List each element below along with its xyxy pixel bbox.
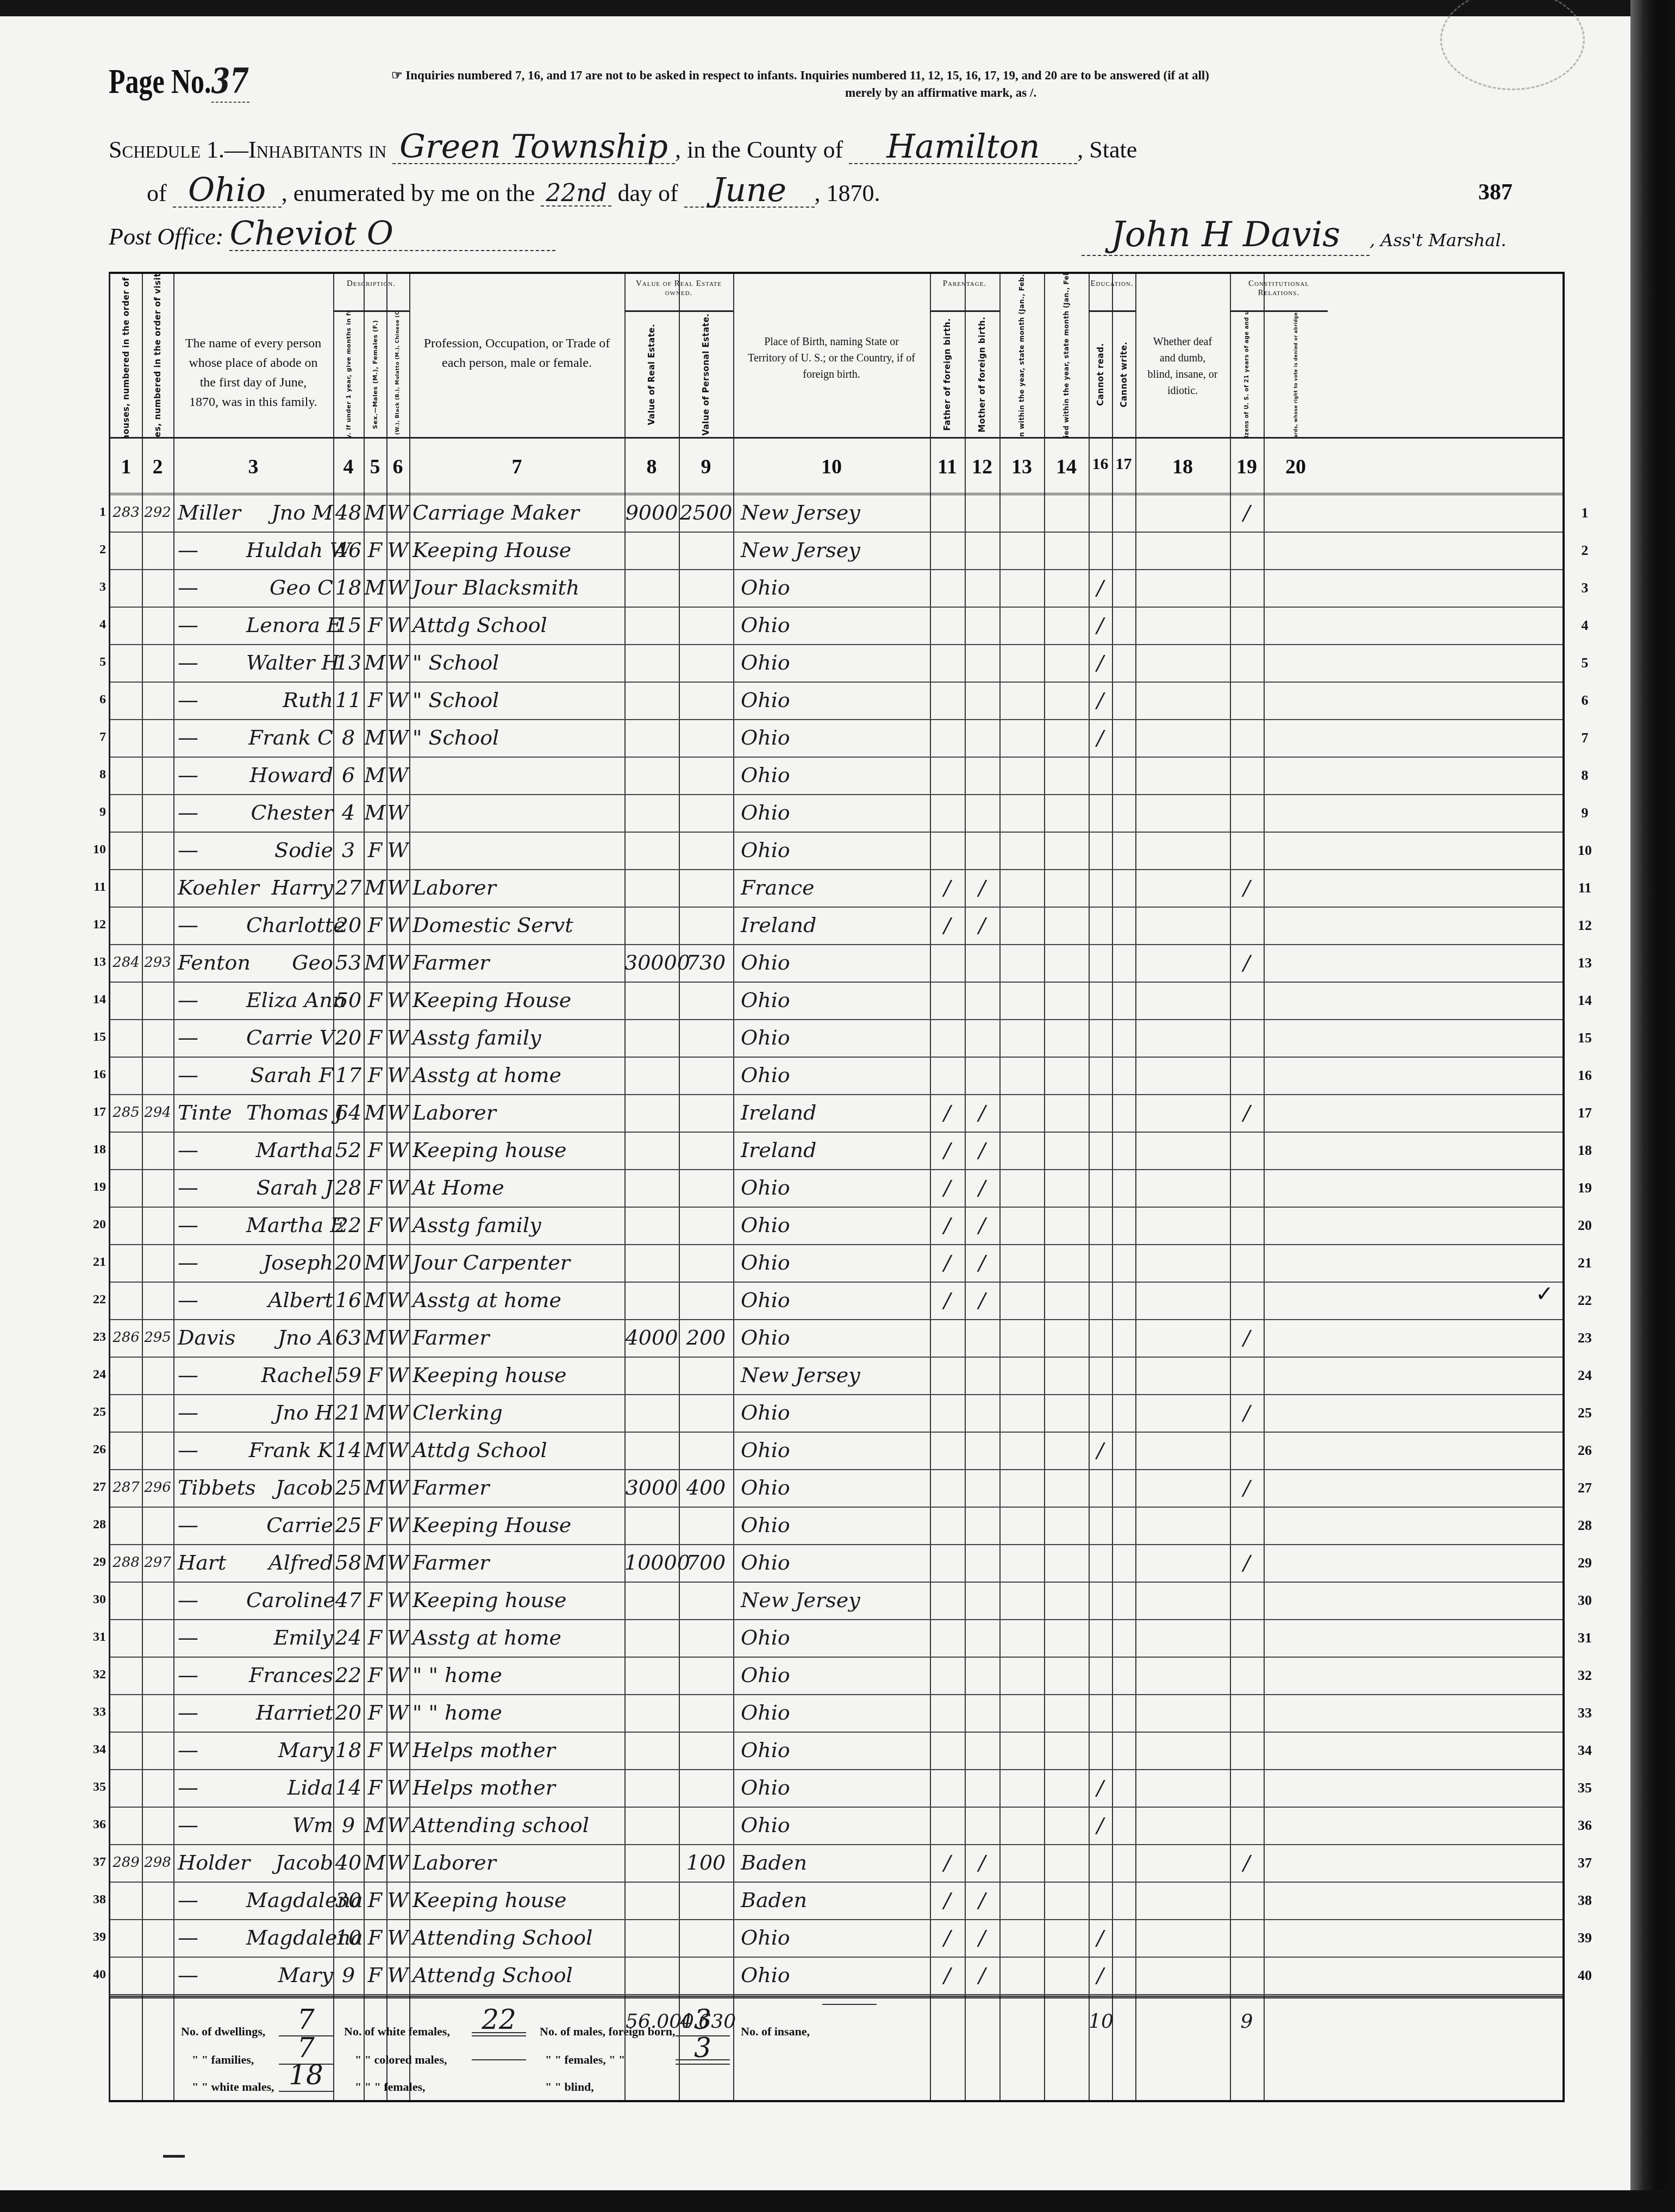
sex: F bbox=[364, 1169, 386, 1207]
dwelling-number: 285 bbox=[110, 1094, 142, 1132]
birthplace: Ohio bbox=[741, 607, 930, 644]
dwelling-number: 289 bbox=[110, 1844, 142, 1882]
father-foreign-mark bbox=[930, 1319, 965, 1357]
table-row: 3232—Frances22FW" " homeOhio bbox=[110, 1657, 1562, 1695]
given-name: Jno A bbox=[246, 1319, 333, 1357]
personal-estate-value bbox=[679, 1282, 733, 1319]
citizen-mark: / bbox=[1230, 869, 1264, 907]
row-number-left: 34 bbox=[84, 1742, 106, 1757]
row-number-right: 24 bbox=[1571, 1367, 1598, 1384]
table-row: 22—Huldah W46FWKeeping HouseNew Jersey bbox=[110, 532, 1562, 570]
occupation bbox=[412, 757, 624, 794]
mother-foreign-mark bbox=[965, 607, 999, 644]
citizen-mark bbox=[1230, 607, 1264, 644]
column-number-row: 1 2 3 4 5 6 7 8 9 10 11 12 13 14 16 17 1… bbox=[110, 437, 1562, 495]
citizen-mark bbox=[1230, 1807, 1264, 1844]
dwelling-number bbox=[110, 532, 142, 569]
post-office-line: Post Office: Cheviot O bbox=[109, 217, 555, 251]
given-name: Jno H bbox=[246, 1394, 333, 1432]
sex: F bbox=[364, 832, 386, 869]
citizen-mark bbox=[1230, 982, 1264, 1019]
table-row: 3737289298HolderJacob40MWLaborer100Baden… bbox=[110, 1844, 1562, 1883]
given-name: Joseph bbox=[246, 1244, 333, 1282]
mother-foreign-mark bbox=[965, 569, 999, 607]
given-name: Carrie V bbox=[246, 1019, 333, 1057]
citizen-mark bbox=[1230, 1207, 1264, 1244]
school-mark bbox=[1089, 1094, 1112, 1132]
table-row: 3939—Magdalena10FWAttending SchoolOhio//… bbox=[110, 1919, 1562, 1958]
sex: F bbox=[364, 682, 386, 719]
color: W bbox=[386, 719, 409, 757]
dwelling-number bbox=[110, 794, 142, 832]
sex: F bbox=[364, 1357, 386, 1394]
age: 46 bbox=[333, 532, 364, 569]
year-label: , 1870. bbox=[815, 180, 880, 207]
dwelling-number bbox=[110, 982, 142, 1019]
row-23-check-mark: ✓ bbox=[1535, 1282, 1554, 1307]
family-number bbox=[142, 682, 173, 719]
table-row: 1515—Carrie V20FWAsstg familyOhio bbox=[110, 1019, 1562, 1058]
occupation: Asstg family bbox=[412, 1207, 624, 1244]
row-number-left: 19 bbox=[84, 1180, 106, 1195]
birthplace: Ohio bbox=[741, 719, 930, 757]
family-number bbox=[142, 569, 173, 607]
blind-label: " " blind, bbox=[545, 2080, 594, 2094]
citizen-mark: / bbox=[1230, 494, 1264, 532]
row-number-right: 23 bbox=[1571, 1330, 1598, 1346]
color: W bbox=[386, 944, 409, 982]
citizen-mark bbox=[1230, 1657, 1264, 1694]
school-mark bbox=[1089, 1582, 1112, 1619]
citizen-mark bbox=[1230, 719, 1264, 757]
age: 6 bbox=[333, 757, 364, 794]
father-foreign-mark: / bbox=[930, 1919, 965, 1957]
age: 53 bbox=[333, 944, 364, 982]
father-foreign-mark bbox=[930, 757, 965, 794]
color: W bbox=[386, 1469, 409, 1507]
birthplace: Ohio bbox=[741, 1319, 930, 1357]
school-mark bbox=[1089, 1882, 1112, 1919]
row-number-left: 26 bbox=[84, 1442, 106, 1457]
row-number-left: 20 bbox=[84, 1217, 106, 1232]
marshal-label: , Ass't Marshal. bbox=[1370, 230, 1507, 251]
birthplace: New Jersey bbox=[741, 532, 930, 569]
header-col-17: Cannot write. bbox=[1112, 312, 1135, 437]
given-name: Lenora E bbox=[246, 607, 333, 644]
color: W bbox=[386, 1094, 409, 1132]
age: 40 bbox=[333, 1844, 364, 1882]
township-field: Green Township bbox=[392, 130, 675, 164]
birthplace: Ohio bbox=[741, 1394, 930, 1432]
given-name: Carrie bbox=[246, 1507, 333, 1544]
personal-estate-value bbox=[679, 719, 733, 757]
age: 59 bbox=[333, 1357, 364, 1394]
county-label: , in the County of bbox=[675, 136, 843, 163]
mother-foreign-mark bbox=[965, 1357, 999, 1394]
given-name: Geo C bbox=[246, 569, 333, 607]
row-number-left: 17 bbox=[84, 1105, 106, 1120]
foreign-females-label: " " females, " " bbox=[545, 2053, 625, 2067]
citizen-mark bbox=[1230, 1282, 1264, 1319]
color: W bbox=[386, 1169, 409, 1207]
family-number: 292 bbox=[142, 494, 173, 532]
personal-estate-value bbox=[679, 907, 733, 944]
real-estate-value bbox=[624, 607, 679, 644]
personal-estate-value bbox=[679, 1507, 733, 1544]
dwelling-number bbox=[110, 682, 142, 719]
mother-foreign-mark bbox=[965, 832, 999, 869]
father-foreign-mark bbox=[930, 1732, 965, 1769]
real-estate-value bbox=[624, 644, 679, 682]
row-number-right: 19 bbox=[1571, 1180, 1598, 1196]
occupation: Attending school bbox=[412, 1807, 624, 1844]
post-office-label: Post Office: bbox=[109, 223, 223, 250]
family-number bbox=[142, 644, 173, 682]
month-field: June bbox=[684, 174, 815, 208]
school-mark bbox=[1089, 907, 1112, 944]
real-estate-value bbox=[624, 1019, 679, 1057]
dwelling-number bbox=[110, 1057, 142, 1094]
citizen-mark bbox=[1230, 1357, 1264, 1394]
age: 24 bbox=[333, 1619, 364, 1657]
occupation: Keeping house bbox=[412, 1132, 624, 1169]
color: W bbox=[386, 1207, 409, 1244]
age: 20 bbox=[333, 907, 364, 944]
personal-estate-value bbox=[679, 1582, 733, 1619]
school-mark: / bbox=[1089, 644, 1112, 682]
sex: M bbox=[364, 494, 386, 532]
father-foreign-mark bbox=[930, 1357, 965, 1394]
birthplace: Ireland bbox=[741, 907, 930, 944]
mother-foreign-mark: / bbox=[965, 1844, 999, 1882]
mother-foreign-mark: / bbox=[965, 869, 999, 907]
school-mark: / bbox=[1089, 569, 1112, 607]
family-number bbox=[142, 1619, 173, 1657]
birthplace: Ohio bbox=[741, 832, 930, 869]
mother-foreign-mark bbox=[965, 1319, 999, 1357]
father-foreign-mark: / bbox=[930, 1094, 965, 1132]
table-row: 77—Frank C8MW" SchoolOhio/ bbox=[110, 719, 1562, 758]
school-mark bbox=[1089, 532, 1112, 569]
occupation: " School bbox=[412, 682, 624, 719]
school-mark bbox=[1089, 1657, 1112, 1694]
family-number bbox=[142, 1807, 173, 1844]
personal-estate-value: 700 bbox=[679, 1544, 733, 1582]
personal-estate-value bbox=[679, 1619, 733, 1657]
father-foreign-mark: / bbox=[930, 1132, 965, 1169]
colored-males-label: " " colored males, bbox=[355, 2053, 447, 2067]
dwelling-number bbox=[110, 1207, 142, 1244]
occupation bbox=[412, 794, 624, 832]
citizen-mark bbox=[1230, 757, 1264, 794]
header-col-4: Age at last birth-day. If under 1 year, … bbox=[333, 312, 364, 437]
school-mark bbox=[1089, 1019, 1112, 1057]
row-number-right: 2 bbox=[1571, 542, 1598, 559]
school-mark bbox=[1089, 1282, 1112, 1319]
family-number bbox=[142, 1657, 173, 1694]
dwelling-number bbox=[110, 1619, 142, 1657]
age: 47 bbox=[333, 1582, 364, 1619]
mother-foreign-mark: / bbox=[965, 1207, 999, 1244]
row-number-left: 10 bbox=[84, 842, 106, 857]
birthplace: Ireland bbox=[741, 1094, 930, 1132]
personal-estate-value bbox=[679, 682, 733, 719]
real-estate-value bbox=[624, 1507, 679, 1544]
father-foreign-mark bbox=[930, 1657, 965, 1694]
sex: M bbox=[364, 1544, 386, 1582]
table-row: 1919—Sarah J28FWAt HomeOhio// bbox=[110, 1169, 1562, 1208]
school-mark: / bbox=[1089, 1919, 1112, 1957]
occupation: Jour Blacksmith bbox=[412, 569, 624, 607]
personal-estate-value bbox=[679, 1094, 733, 1132]
dwelling-number bbox=[110, 1507, 142, 1544]
age: 20 bbox=[333, 1244, 364, 1282]
citizen-mark bbox=[1230, 1057, 1264, 1094]
age: 28 bbox=[333, 1169, 364, 1207]
row-number-right: 22 bbox=[1571, 1292, 1598, 1309]
citizen-mark: / bbox=[1230, 1844, 1264, 1882]
row-number-left: 40 bbox=[84, 1967, 106, 1982]
row-number-right: 7 bbox=[1571, 730, 1598, 746]
school-mark: / bbox=[1089, 1769, 1112, 1807]
real-estate-value bbox=[624, 1694, 679, 1732]
header-col-13: If born within the year, state month (Ja… bbox=[999, 274, 1044, 437]
real-estate-value bbox=[624, 532, 679, 569]
real-estate-value bbox=[624, 1244, 679, 1282]
family-number bbox=[142, 832, 173, 869]
table-row: 2222—Albert16MWAsstg at homeOhio// bbox=[110, 1282, 1562, 1320]
mother-foreign-mark: / bbox=[965, 1132, 999, 1169]
mother-foreign-mark bbox=[965, 1619, 999, 1657]
row-number-left: 21 bbox=[84, 1255, 106, 1270]
father-foreign-mark bbox=[930, 1807, 965, 1844]
sex: M bbox=[364, 757, 386, 794]
table-row: 2121—Joseph20MWJour CarpenterOhio// bbox=[110, 1244, 1562, 1283]
total-real-estate: 56.000 bbox=[626, 2010, 680, 2033]
table-row: 2828—Carrie25FWKeeping HouseOhio bbox=[110, 1507, 1562, 1545]
birthplace: Ohio bbox=[741, 682, 930, 719]
dwelling-number bbox=[110, 1882, 142, 1919]
citizen-mark: / bbox=[1230, 1319, 1264, 1357]
mother-foreign-mark bbox=[965, 1019, 999, 1057]
family-number bbox=[142, 869, 173, 907]
table-row: 2929288297HartAlfred58MWFarmer10000700Oh… bbox=[110, 1544, 1562, 1583]
row-number-left: 12 bbox=[84, 917, 106, 932]
occupation: Laborer bbox=[412, 1094, 624, 1132]
school-mark bbox=[1089, 1319, 1112, 1357]
father-foreign-mark bbox=[930, 1057, 965, 1094]
father-foreign-mark bbox=[930, 1507, 965, 1544]
age: 58 bbox=[333, 1544, 364, 1582]
personal-estate-value bbox=[679, 982, 733, 1019]
school-mark: / bbox=[1089, 719, 1112, 757]
color: W bbox=[386, 1507, 409, 1544]
citizen-mark bbox=[1230, 1694, 1264, 1732]
age: 63 bbox=[333, 1319, 364, 1357]
row-number-left: 27 bbox=[84, 1480, 106, 1495]
dwellings-label: No. of dwellings, bbox=[181, 2024, 265, 2039]
row-number-right: 10 bbox=[1571, 842, 1598, 859]
group-education: Education. bbox=[1089, 274, 1135, 312]
father-foreign-mark: / bbox=[930, 1957, 965, 1994]
school-mark bbox=[1089, 1132, 1112, 1169]
color: W bbox=[386, 757, 409, 794]
dwelling-number bbox=[110, 1282, 142, 1319]
birthplace: Ohio bbox=[741, 1919, 930, 1957]
age: 18 bbox=[333, 1732, 364, 1769]
mother-foreign-mark bbox=[965, 644, 999, 682]
citizen-mark bbox=[1230, 1619, 1264, 1657]
dwelling-number bbox=[110, 869, 142, 907]
given-name: Martha E bbox=[246, 1207, 333, 1244]
real-estate-value: 3000 bbox=[624, 1469, 679, 1507]
color: W bbox=[386, 1319, 409, 1357]
family-number bbox=[142, 719, 173, 757]
family-number: 294 bbox=[142, 1094, 173, 1132]
school-mark bbox=[1089, 1694, 1112, 1732]
given-name: Sodie bbox=[246, 832, 333, 869]
occupation: At Home bbox=[412, 1169, 624, 1207]
sex: F bbox=[364, 1507, 386, 1544]
citizen-mark bbox=[1230, 569, 1264, 607]
row-number-right: 6 bbox=[1571, 692, 1598, 709]
row-number-right: 20 bbox=[1571, 1217, 1598, 1234]
group-description: Description. bbox=[333, 274, 409, 312]
colored-females-label: " " " females, bbox=[355, 2080, 426, 2094]
father-foreign-mark bbox=[930, 1544, 965, 1582]
color: W bbox=[386, 1732, 409, 1769]
row-number-left: 32 bbox=[84, 1667, 106, 1682]
family-number bbox=[142, 1694, 173, 1732]
sex: F bbox=[364, 1732, 386, 1769]
table-row: 2424—Rachel59FWKeeping houseNew Jersey bbox=[110, 1357, 1562, 1395]
color: W bbox=[386, 982, 409, 1019]
row-number-left: 5 bbox=[84, 655, 106, 670]
family-number bbox=[142, 1244, 173, 1282]
citizen-mark bbox=[1230, 1432, 1264, 1469]
birthplace: Baden bbox=[741, 1844, 930, 1882]
row-number-right: 9 bbox=[1571, 805, 1598, 821]
color: W bbox=[386, 869, 409, 907]
dwelling-number bbox=[110, 832, 142, 869]
mother-foreign-mark bbox=[965, 1732, 999, 1769]
age: 21 bbox=[333, 1394, 364, 1432]
marshal-signature: John H Davis bbox=[1082, 215, 1370, 256]
row-number-left: 24 bbox=[84, 1367, 106, 1382]
row-number-right: 35 bbox=[1571, 1780, 1598, 1796]
family-number bbox=[142, 982, 173, 1019]
father-foreign-mark bbox=[930, 494, 965, 532]
family-number bbox=[142, 1282, 173, 1319]
father-foreign-mark bbox=[930, 532, 965, 569]
color: W bbox=[386, 794, 409, 832]
occupation: Keeping House bbox=[412, 982, 624, 1019]
mother-foreign-mark: / bbox=[965, 1244, 999, 1282]
occupation bbox=[412, 832, 624, 869]
real-estate-value bbox=[624, 982, 679, 1019]
sex: F bbox=[364, 1694, 386, 1732]
citizen-mark: / bbox=[1230, 1094, 1264, 1132]
margin-dash bbox=[163, 2155, 185, 2158]
row-number-right: 33 bbox=[1571, 1705, 1598, 1721]
school-mark bbox=[1089, 794, 1112, 832]
personal-estate-value: 2500 bbox=[679, 494, 733, 532]
dwelling-number bbox=[110, 1694, 142, 1732]
family-number bbox=[142, 1057, 173, 1094]
real-estate-value bbox=[624, 719, 679, 757]
family-number bbox=[142, 1169, 173, 1207]
sex: M bbox=[364, 1319, 386, 1357]
given-name: Jacob bbox=[246, 1844, 333, 1882]
given-name: Jacob bbox=[246, 1469, 333, 1507]
given-name: Frank K bbox=[246, 1432, 333, 1469]
dwelling-number bbox=[110, 1357, 142, 1394]
mother-foreign-mark bbox=[965, 1057, 999, 1094]
row-number-right: 40 bbox=[1571, 1967, 1598, 1984]
real-estate-value bbox=[624, 1132, 679, 1169]
school-mark bbox=[1089, 869, 1112, 907]
personal-estate-value bbox=[679, 1357, 733, 1394]
real-estate-value bbox=[624, 1207, 679, 1244]
real-estate-value bbox=[624, 1657, 679, 1694]
personal-estate-value bbox=[679, 1019, 733, 1057]
school-mark bbox=[1089, 1732, 1112, 1769]
mother-foreign-mark bbox=[965, 1432, 999, 1469]
family-number bbox=[142, 907, 173, 944]
sex: M bbox=[364, 794, 386, 832]
school-mark bbox=[1089, 1469, 1112, 1507]
sex: M bbox=[364, 569, 386, 607]
table-row: 4040—Mary9FWAttendg SchoolOhio/// bbox=[110, 1957, 1562, 1995]
row-number-left: 3 bbox=[84, 580, 106, 595]
real-estate-value bbox=[624, 869, 679, 907]
given-name: Lida bbox=[246, 1769, 333, 1807]
personal-estate-value bbox=[679, 1919, 733, 1957]
occupation: Asstg at home bbox=[412, 1619, 624, 1657]
given-name: Emily bbox=[246, 1619, 333, 1657]
row-number-left: 6 bbox=[84, 692, 106, 707]
family-number bbox=[142, 794, 173, 832]
dwelling-number bbox=[110, 569, 142, 607]
color: W bbox=[386, 1019, 409, 1057]
school-mark: / bbox=[1089, 1957, 1112, 1994]
row-number-left: 28 bbox=[84, 1517, 106, 1532]
occupation: Clerking bbox=[412, 1394, 624, 1432]
mother-foreign-mark bbox=[965, 1469, 999, 1507]
family-number bbox=[142, 532, 173, 569]
color: W bbox=[386, 1057, 409, 1094]
color: W bbox=[386, 569, 409, 607]
occupation: Attendg School bbox=[412, 1957, 624, 1994]
blind-value bbox=[676, 2059, 730, 2060]
age: 25 bbox=[333, 1507, 364, 1544]
family-number: 298 bbox=[142, 1844, 173, 1882]
table-row: 2525—Jno H21MWClerkingOhio/ bbox=[110, 1394, 1562, 1433]
real-estate-value bbox=[624, 757, 679, 794]
color: W bbox=[386, 1957, 409, 1994]
page-label: Page No. bbox=[109, 62, 211, 101]
post-office-field: Cheviot O bbox=[229, 217, 555, 251]
row-number-left: 33 bbox=[84, 1705, 106, 1720]
father-foreign-mark: / bbox=[930, 1282, 965, 1319]
mother-foreign-mark bbox=[965, 532, 999, 569]
row-number-right: 29 bbox=[1571, 1555, 1598, 1571]
given-name: Albert bbox=[246, 1282, 333, 1319]
row-number-right: 15 bbox=[1571, 1030, 1598, 1046]
citizen-mark: / bbox=[1230, 1469, 1264, 1507]
dwelling-number: 286 bbox=[110, 1319, 142, 1357]
of-label: of bbox=[147, 180, 167, 207]
